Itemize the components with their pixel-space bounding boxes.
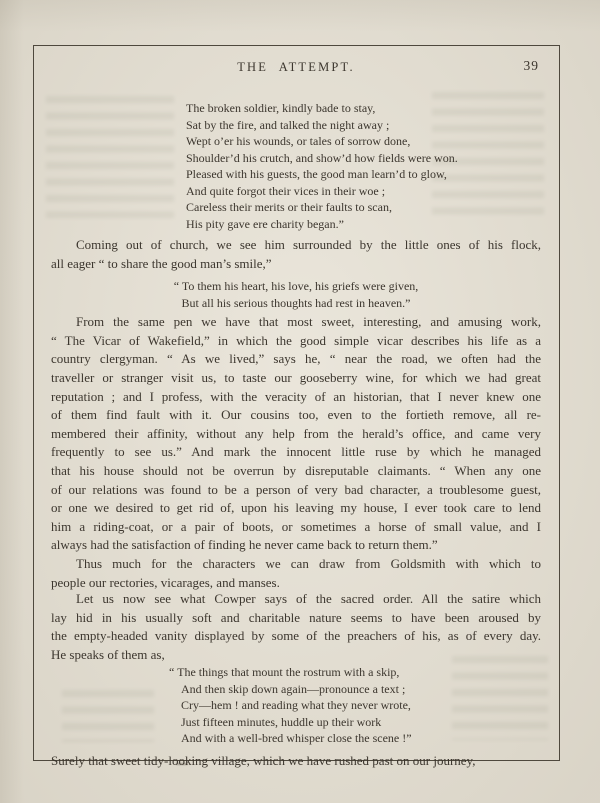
text-line: “ The things that mount the rostrum with… [169, 664, 541, 681]
quote-couplet: “ To them his heart, his love, his grief… [51, 278, 541, 311]
text-line: membered their affinity, without any hel… [51, 425, 541, 444]
text-line: “ The Vicar of Wakefield,” in which the … [51, 332, 541, 351]
text-line: country clergyman. “ As we lived,” says … [51, 350, 541, 369]
paragraph-vicar-of-wakefield: From the same pen we have that most swee… [51, 313, 541, 555]
text-line: “ To them his heart, his love, his grief… [51, 278, 541, 295]
text-line: From the same pen we have that most swee… [51, 313, 541, 332]
paragraph-coming-out-of-church: Coming out of church, we see him surroun… [51, 236, 541, 273]
text-line: But all his serious thoughts had rest in… [51, 295, 541, 312]
text-line: And with a well-bred whisper close the s… [169, 730, 541, 747]
text-line: all eager “ to share the good man’s smil… [51, 255, 541, 274]
text-line: Just fifteen minutes, huddle up their wo… [169, 714, 541, 731]
text-line: And then skip down again—pronounce a tex… [169, 681, 541, 698]
text-line: Wept o’er his wounds, or tales of sorrow… [186, 133, 541, 150]
text-line: Surely that sweet tidy-looking village, … [51, 752, 541, 771]
poem-village-preacher: The broken soldier, kindly bade to stay,… [51, 100, 541, 232]
text-line: frequently to see us.” And mark the inno… [51, 443, 541, 462]
paragraph-surely-village: Surely that sweet tidy-looking village, … [51, 752, 541, 771]
text-line: Careless their merits or their faults to… [186, 199, 541, 216]
paragraph-cowper-satire: Let us now see what Cowper says of the s… [51, 590, 541, 664]
text-line: or one we desired to get rid of, upon hi… [51, 499, 541, 518]
text-line: He speaks of them as, [51, 646, 541, 665]
poem-cowper-preachers: “ The things that mount the rostrum with… [51, 664, 541, 747]
text-line: of them find fault with it. Our cousins … [51, 406, 541, 425]
text-line: His pity gave ere charity began.” [186, 216, 541, 233]
text-line: reputation ; and I profess, with the ver… [51, 388, 541, 407]
text-line: lay hid in his usually soft and charitab… [51, 609, 541, 628]
text-line: the empty-headed vanity displayed by som… [51, 627, 541, 646]
text-line: Thus much for the characters we can draw… [51, 555, 541, 574]
running-header-title: THE ATTEMPT. [51, 59, 541, 75]
text-line: And quite forgot their vices in their wo… [186, 183, 541, 200]
text-line: Let us now see what Cowper says of the s… [51, 590, 541, 609]
page-number: 39 [524, 58, 540, 74]
text-line: Pleased with his guests, the good man le… [186, 166, 541, 183]
scanned-book-page: THE ATTEMPT. 39 The broken soldier, kind… [0, 0, 600, 803]
text-line: always had the satisfaction of finding h… [51, 536, 541, 555]
text-line: traveller or stranger visit us, to taste… [51, 369, 541, 388]
text-line: of our relations was found to be a perso… [51, 481, 541, 500]
text-line: Shoulder’d his crutch, and show’d how fi… [186, 150, 541, 167]
text-line: him a riding-coat, or a pair of boots, o… [51, 518, 541, 537]
paragraph-thus-much: Thus much for the characters we can draw… [51, 555, 541, 592]
text-line: Cry—hem ! and reading what they never wr… [169, 697, 541, 714]
page-border-frame: THE ATTEMPT. 39 The broken soldier, kind… [33, 45, 560, 761]
text-line: Sat by the fire, and talked the night aw… [186, 117, 541, 134]
text-line: Coming out of church, we see him surroun… [51, 236, 541, 255]
text-line: The broken soldier, kindly bade to stay, [186, 100, 541, 117]
text-line: that his house should not be overrun by … [51, 462, 541, 481]
page-header: THE ATTEMPT. 39 [51, 46, 541, 88]
